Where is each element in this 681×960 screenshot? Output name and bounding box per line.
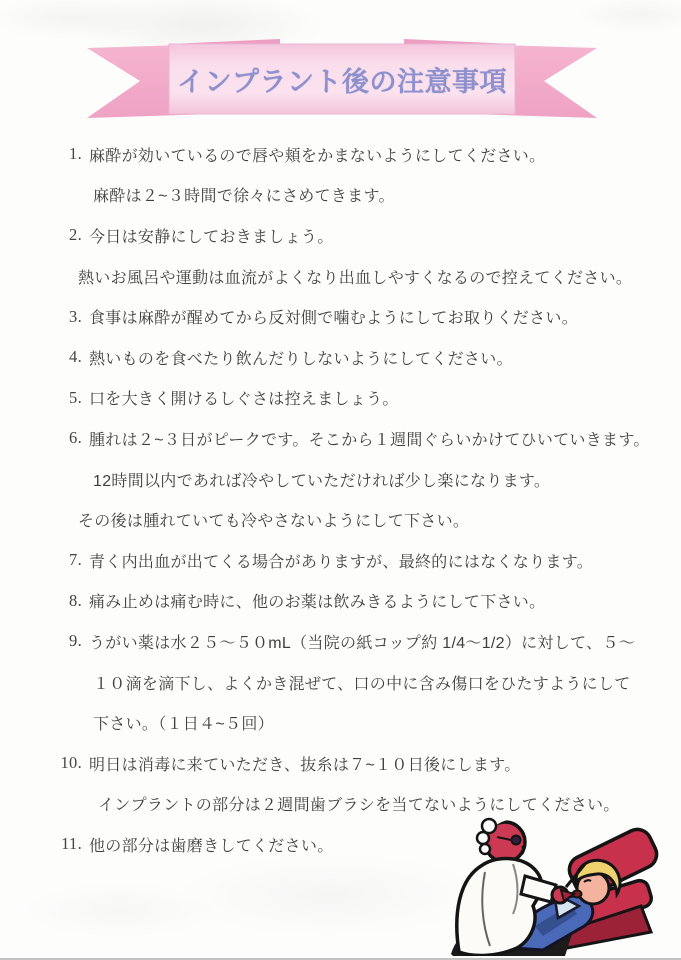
item-text: 熱いお風呂や運動は血流がよくなり出血しやすくなるので控えてください。 (78, 265, 632, 288)
item-number: 9. (50, 631, 82, 651)
item-number: 11. (50, 834, 82, 854)
title-banner: インプラント後の注意事項 (84, 32, 600, 124)
item-text: うがい薬は水２５～５０mL（当院の紙コップ約 1/4～1/2）に対して、５～ (89, 630, 635, 653)
notice-line: その後は腫れていても冷やさないようにして下さい。 (0, 499, 681, 540)
item-number: 1. (50, 144, 82, 164)
item-text: 明日は消毒に来ていただき、抜糸は７~１０日後にします。 (89, 752, 521, 775)
item-text: 麻酔が効いているので唇や頬をかまないようにしてください。 (89, 143, 545, 166)
notice-line: 6. 腫れは２~３日がピークです。そこから１週間ぐらいかけてひいていきます。 (0, 418, 681, 459)
item-text: 今日は安静にしておきましょう。 (89, 224, 334, 247)
item-text: 痛み止めは痛む時に、他のお薬は飲みきるようにして下さい。 (89, 589, 545, 612)
item-text: 麻酔は２~３時間で徐々にさめてきます。 (93, 183, 395, 206)
notice-line: 5. 口を大きく開けるしぐさは控えましょう。 (0, 378, 681, 419)
item-text: 腫れは２~３日がピークです。そこから１週間ぐらいかけてひいていきます。 (89, 427, 650, 450)
item-number: 6. (50, 428, 82, 448)
notice-line: 9. うがい薬は水２５～５０mL（当院の紙コップ約 1/4～1/2）に対して、５… (0, 621, 681, 662)
notice-line: 10. 明日は消毒に来ていただき、抜糸は７~１０日後にします。 (0, 743, 681, 784)
item-number: 8. (50, 591, 82, 611)
notice-line: 7. 青く内出血が出てくる場合がありますが、最終的にはなくなります。 (0, 540, 681, 581)
notice-line: 1. 麻酔が効いているので唇や頬をかまないようにしてください。 (0, 134, 681, 175)
item-text: インプラントの部分は２週間歯ブラシを当てないようにしてください。 (98, 792, 620, 815)
page-title: インプラント後の注意事項 (169, 44, 515, 114)
item-number: 10. (50, 753, 82, 773)
item-text: 熱いものを食べたり飲んだりしないようにしてください。 (89, 346, 513, 369)
item-number: 5. (50, 388, 82, 408)
notice-line: 2. 今日は安静にしておきましょう。 (0, 215, 681, 256)
item-text: 12時間以内であれば冷やしていただければ少し楽になります。 (93, 468, 550, 491)
item-text: 下さい。（１日４~５回） (93, 711, 274, 734)
notice-line: 熱いお風呂や運動は血流がよくなり出血しやすくなるので控えてください。 (0, 256, 681, 297)
item-text: 口を大きく開けるしぐさは控えましょう。 (89, 386, 399, 409)
notice-line: 3. 食事は麻酔が醒めてから反対側で噛むようにしてお取りください。 (0, 296, 681, 337)
notice-line: 8. 痛み止めは痛む時に、他のお薬は飲みきるようにして下さい。 (0, 581, 681, 622)
notice-line: １０滴を滴下し、よくかき混ぜて、口の中に含み傷口をひたすようにして (0, 662, 681, 703)
document-page: インプラント後の注意事項 1. 麻酔が効いているので唇や頬をかまないようにしてく… (0, 0, 681, 960)
item-number: 2. (50, 225, 82, 245)
item-number: 4. (50, 347, 82, 367)
notice-line: 12時間以内であれば冷やしていただければ少し楽になります。 (0, 459, 681, 500)
dentist-treating-patient-icon (443, 814, 659, 956)
notice-line: 下さい。（１日４~５回） (0, 702, 681, 743)
item-text: １０滴を滴下し、よくかき混ぜて、口の中に含み傷口をひたすようにして (93, 671, 631, 694)
item-text: 食事は麻酔が醒めてから反対側で噛むようにしてお取りください。 (89, 305, 578, 328)
notice-list: 1. 麻酔が効いているので唇や頬をかまないようにしてください。 麻酔は２~３時間… (0, 134, 681, 865)
notice-line: 4. 熱いものを食べたり飲んだりしないようにしてください。 (0, 337, 681, 378)
item-text: その後は腫れていても冷やさないようにして下さい。 (78, 508, 469, 531)
item-text: 青く内出血が出てくる場合がありますが、最終的にはなくなります。 (89, 549, 593, 572)
item-text: 他の部分は歯磨きしてください。 (89, 833, 334, 856)
notice-line: 麻酔は２~３時間で徐々にさめてきます。 (0, 175, 681, 216)
item-number: 3. (50, 307, 82, 327)
item-number: 7. (50, 550, 82, 570)
